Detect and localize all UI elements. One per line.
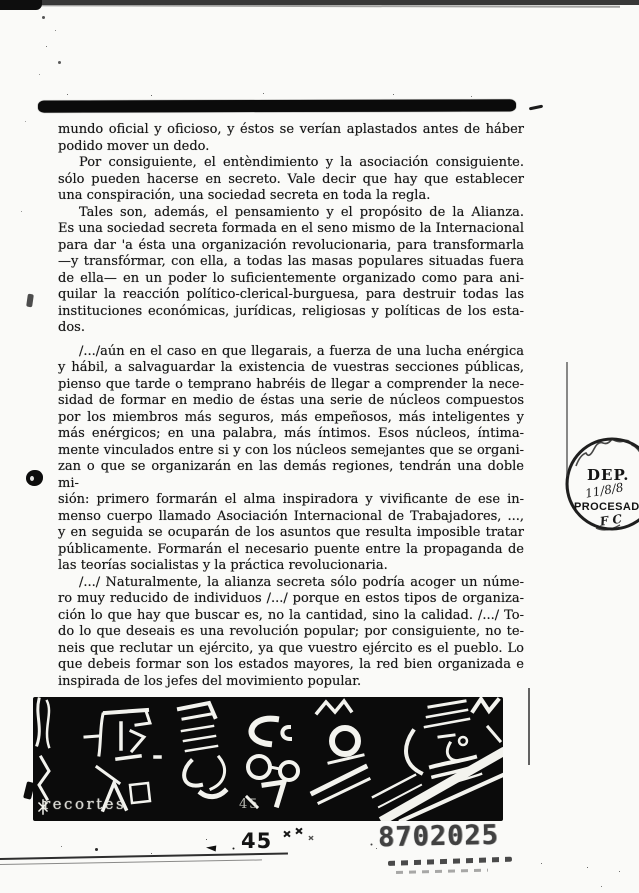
text-line: dos. <box>58 320 524 337</box>
body-text: mundo oficial y oficioso, y éstos se ver… <box>58 122 524 690</box>
page-number: 45 <box>241 829 272 853</box>
asterisk-mark <box>295 827 303 835</box>
clipping-edge-line <box>566 362 568 476</box>
serial-number-stamp: 8702025 <box>378 820 499 854</box>
text-line: ro muy reducido de individuos /.../ porq… <box>58 591 524 608</box>
black-rule-bar <box>38 99 516 112</box>
scan-artifact-line <box>0 859 262 865</box>
paragraph: mundo oficial y oficioso, y éstos se ver… <box>58 122 524 155</box>
scan-edge-artifact <box>0 0 42 10</box>
text-line: para dar 'a ésta una organización revolu… <box>58 238 524 255</box>
text-line: /.../aún en el caso en que llegarais, a … <box>58 344 524 361</box>
clipping-edge-line <box>528 688 530 765</box>
scan-mark <box>529 105 543 111</box>
scan-edge-artifact <box>0 4 620 8</box>
text-line: zan o que se organizarán en las demás re… <box>58 459 524 492</box>
stamp-dep-label: DEP. <box>587 466 629 484</box>
ink-blot <box>26 470 43 486</box>
text-line: inspirada de los jefes del movimiento po… <box>58 674 524 691</box>
text-line: las teorías socialistas y la práctica re… <box>58 558 524 575</box>
illustration-page-number: 45 <box>239 797 260 812</box>
text-line: de ella— en un poder lo suficientemente … <box>58 271 524 288</box>
scan-mark <box>26 294 34 308</box>
text-line: sidad de formar en medio de éstas una se… <box>58 393 524 410</box>
text-line: quilar la reacción político-clerical-bur… <box>58 287 524 304</box>
text-line: públicamente. Formarán el necesario puen… <box>58 542 524 559</box>
arrow-mark <box>206 844 217 851</box>
text-line: ción lo que hay que buscar es, no la can… <box>58 608 524 625</box>
asterisk-mark <box>283 830 291 838</box>
paragraph: Tales son, además, el pensamiento y el p… <box>58 205 524 337</box>
paragraph: /.../ Naturalmente, la alianza secreta s… <box>58 575 524 691</box>
woodcut-illustration: recortes 45 <box>33 697 503 821</box>
text-line: Por consiguiente, el entèndimiento y la … <box>58 155 524 172</box>
scan-noise-specks <box>0 0 3 3</box>
illustration-caption: recortes <box>43 795 126 813</box>
smudged-text-row <box>396 869 488 874</box>
processing-stamp: DEP. 11/8/8 PROCESADO F C <box>556 424 639 546</box>
text-line: —y transfórmar, con ella, a todas las ma… <box>58 254 524 271</box>
paragraph: /.../aún en el caso en que llegarais, a … <box>58 344 524 575</box>
text-line: sólo pueden hacerse en secreto. Vale dec… <box>58 172 524 189</box>
text-line: menso cuerpo llamado Asociación Internac… <box>58 509 524 526</box>
text-line: /.../ Naturalmente, la alianza secreta s… <box>58 575 524 592</box>
text-line: sión: primero formarán el alma inspirado… <box>58 492 524 509</box>
smudged-text-row <box>388 857 512 866</box>
asterisk-mark <box>308 835 314 841</box>
text-line: por los miembros más seguros, más empeño… <box>58 410 524 427</box>
scanned-page: mundo oficial y oficioso, y éstos se ver… <box>0 0 639 893</box>
stamp-initials: F C <box>598 512 623 529</box>
text-line: mundo oficial y oficioso, y éstos se ver… <box>58 122 524 139</box>
text-line: que debeis formar son los estados mayore… <box>58 657 524 674</box>
text-line: pienso que tarde o temprano habréis de l… <box>58 377 524 394</box>
ink-blot-highlight <box>30 476 34 481</box>
text-line: Es una sociedad secreta formada en el se… <box>58 221 524 238</box>
text-line: mente vinculados entre si y con los núcl… <box>58 443 524 460</box>
scan-artifact-line <box>0 852 288 859</box>
paragraph: Por consiguiente, el entèndimiento y la … <box>58 155 524 205</box>
text-line: instituciones económicas, jurídicas, rel… <box>58 304 524 321</box>
text-line: una conspiración, una sociedad secreta e… <box>58 188 524 205</box>
text-line: neis que reclutar un ejército, ya que vu… <box>58 641 524 658</box>
text-line: podido mover un dedo. <box>58 139 524 156</box>
text-line: y hábil, a salvaguardar la existencia de… <box>58 360 524 377</box>
text-line: más enérgicos; en una palabra, más íntim… <box>58 426 524 443</box>
text-line: y en seguida se ocuparán de los asuntos … <box>58 525 524 542</box>
text-line: Tales son, además, el pensamiento y el p… <box>58 205 524 222</box>
stamp-procesado-label: PROCESADO <box>574 501 639 513</box>
text-line: do lo que deseais es una revolución popu… <box>58 624 524 641</box>
